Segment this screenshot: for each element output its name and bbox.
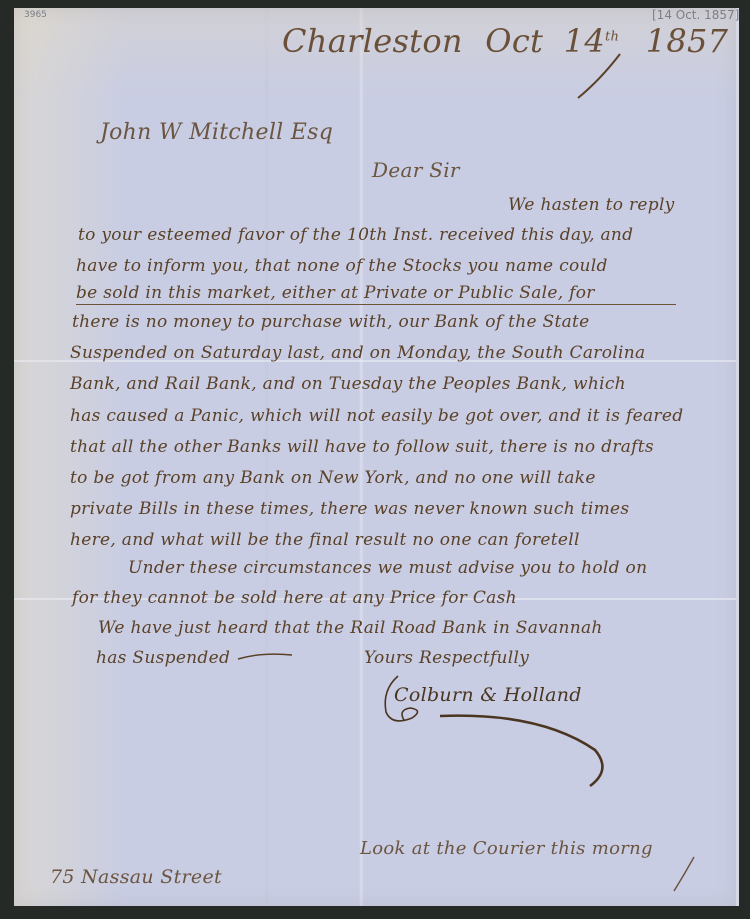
closing: Yours Respectfully bbox=[364, 648, 529, 668]
body-line-4-underlined: be sold in this market, either at Privat… bbox=[76, 283, 676, 305]
heading-year: 1857 bbox=[646, 22, 729, 60]
body-line-12: here, and what will be the final result … bbox=[70, 530, 580, 550]
body-line-7: Bank, and Rail Bank, and on Tuesday the … bbox=[70, 374, 626, 394]
body-line-2: to your esteemed favor of the 10th Inst.… bbox=[78, 225, 633, 245]
dash-flourish bbox=[236, 650, 296, 664]
year-flourish bbox=[570, 50, 630, 110]
para2-line-2: for they cannot be sold here at any Pric… bbox=[72, 588, 517, 608]
body-line-11: private Bills in these times, there was … bbox=[70, 499, 629, 519]
body-line-8: has caused a Panic, which will not easil… bbox=[70, 406, 683, 426]
heading-month: Oct bbox=[485, 22, 543, 60]
body-line-6: Suspended on Saturday last, and on Monda… bbox=[70, 343, 645, 363]
para2-line-1: Under these circumstances we must advise… bbox=[128, 558, 647, 578]
salutation: Dear Sir bbox=[372, 158, 460, 182]
archive-date-note: [14 Oct. 1857] bbox=[652, 8, 739, 22]
archive-item-number: 3965 bbox=[24, 10, 47, 20]
body-line-1: We hasten to reply bbox=[508, 195, 675, 215]
body-line-9: that all the other Banks will have to fo… bbox=[70, 437, 654, 457]
body-line-3: have to inform you, that none of the Sto… bbox=[76, 256, 608, 276]
postscript: Look at the Courier this morng bbox=[360, 838, 653, 859]
postscript-flourish bbox=[670, 855, 700, 895]
body-line-10: to be got from any Bank on New York, and… bbox=[70, 468, 596, 488]
body-line-5: there is no money to purchase with, our … bbox=[72, 312, 590, 332]
address: 75 Nassau Street bbox=[50, 866, 222, 888]
letter-heading: Charleston Oct 14th 1857 bbox=[282, 22, 728, 60]
para2-line-3: We have just heard that the Rail Road Ba… bbox=[98, 618, 603, 638]
signature-flourish bbox=[380, 670, 630, 790]
recipient-line: John W Mitchell Esq bbox=[100, 120, 333, 145]
heading-day-suffix: th bbox=[605, 29, 619, 44]
para2-line-4: has Suspended bbox=[96, 648, 230, 668]
heading-place: Charleston bbox=[282, 22, 463, 60]
